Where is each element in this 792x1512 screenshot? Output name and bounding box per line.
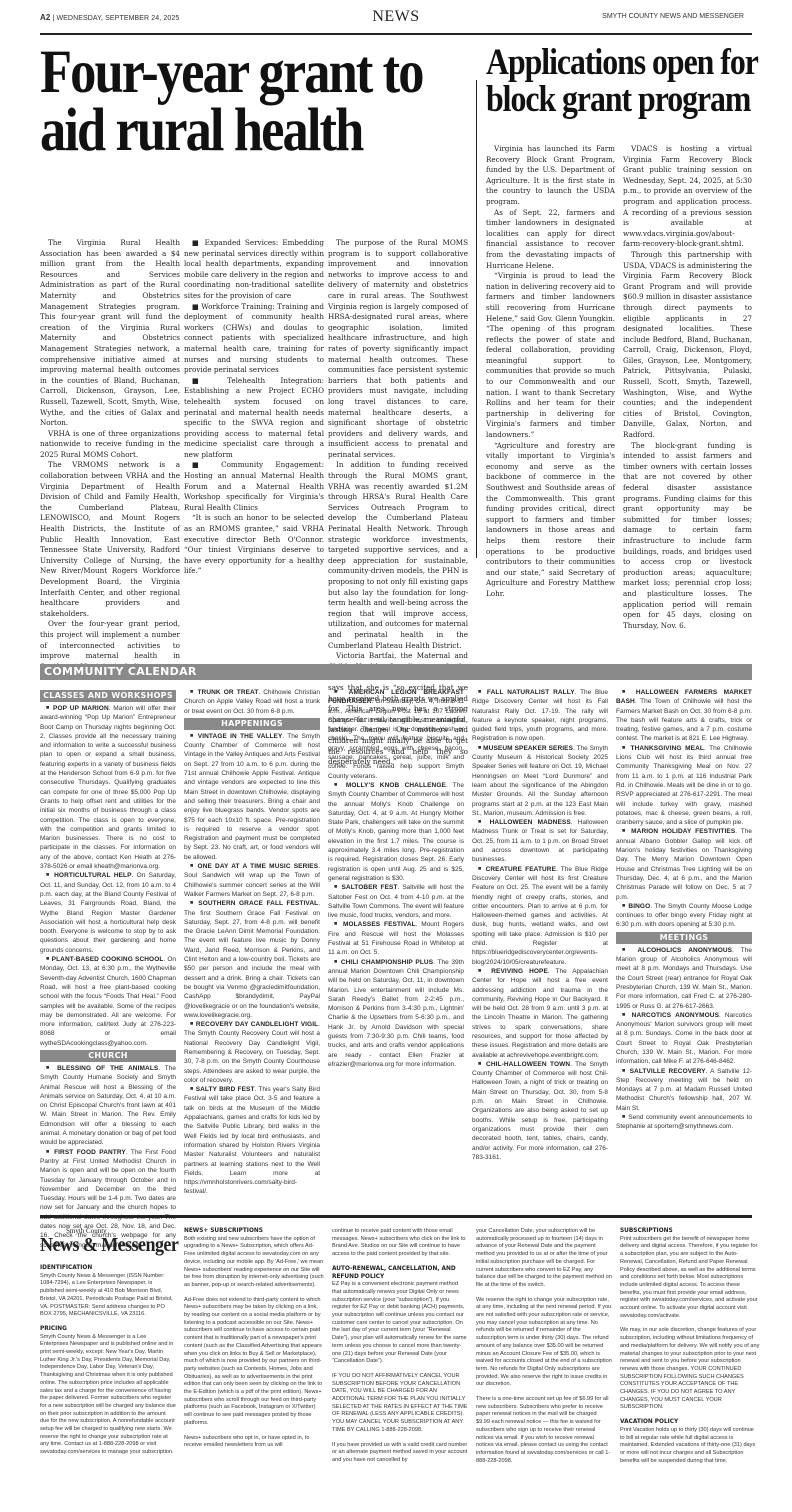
bullet-icon: ■: [622, 1012, 628, 1018]
footer-column-3: continue to receive paid content with th…: [332, 1228, 468, 1472]
paragraph: Through this partnership with USDA, VDAC…: [623, 250, 752, 441]
calendar-item: ■ THANKSGIVING MEAL. The Chilhowie Lions…: [616, 744, 752, 828]
bullet-icon: ■: [334, 782, 341, 788]
news-plus-text: Ad-Free does not extend to third-party c…: [184, 1297, 324, 1428]
paragraph: The purpose of the Rural MOMS program is…: [328, 238, 468, 460]
identification-title: IDENTIFICATION: [40, 1265, 176, 1273]
bullet-paragraph: ■ Expanded Services: Embedding new perin…: [184, 238, 324, 302]
bullet-icon: ■: [622, 903, 626, 909]
bullet-icon: ■: [46, 1065, 52, 1071]
bullet-paragraph: ■ Workforce Training: Training and deplo…: [184, 302, 324, 376]
subscriptions-title: SUBSCRIPTIONS: [620, 1228, 760, 1236]
auto-renewal-continued: your Cancellation Date, your subscriptio…: [476, 1228, 612, 1290]
story-body-block-grant: Virginia has launched its Farm Recovery …: [486, 144, 752, 631]
bullet-icon: ■: [190, 689, 194, 695]
calendar-item: ■ SALTVILLE RECOVERY. A Saltville 12-Ste…: [616, 1067, 752, 1113]
headline-rural-health: Four-year grant to aid rural health: [40, 44, 470, 160]
story-rural-health: Four-year grant to aid rural health The …: [40, 38, 468, 160]
calendar-submission-note: ■ Send community event announcements to …: [616, 1113, 752, 1132]
calendar-item: ■ ONE DAY AT A TIME MUSIC SERIES. Soul S…: [184, 862, 320, 899]
subscriptions-text: We may, in our sole discretion, change f…: [620, 1327, 760, 1412]
setup-fee-text: There is a one-time account set up fee o…: [476, 1396, 612, 1465]
bullet-icon: ■: [478, 819, 485, 825]
calendar-column-1: CLASSES AND WORKSHOPS ■ POP UP MARION. M…: [40, 688, 176, 1250]
story-block-grant: Applications open for block grant progra…: [486, 40, 752, 118]
footer-column-2: NEWS+ SUBSCRIPTIONS Both existing and ne…: [184, 1228, 324, 1472]
calendar-column-5: ■ HALLOWEEN FARMERS MARKET BASH. The Tow…: [616, 688, 752, 1250]
bullet-icon: ■: [622, 1068, 627, 1074]
bullet-icon: ■: [190, 900, 195, 906]
calendar-item: ■ SOUTHERN GRACE FALL FESTIVAL. The firs…: [184, 899, 320, 1020]
calendar-item: ■ MARION HOLIDAY FESTIVITIES. The annual…: [616, 827, 752, 901]
calendar-item: ■ CREATURE FEATURE. The Blue Ridge Disco…: [472, 865, 608, 967]
calendar-item: ■ ALCOHOLICS ANONYMOUS. The Marion group…: [616, 946, 752, 1011]
paragraph: The Virginia Rural Health Association ha…: [40, 238, 180, 429]
auto-renewal-text: If you have provided us with a valid cre…: [332, 1442, 468, 1465]
footer-column-4: your Cancellation Date, your subscriptio…: [476, 1228, 612, 1472]
calendar-item: ■ MOLASSES FESTIVAL. Mount Rogers Fire a…: [328, 920, 464, 957]
bullet-icon: ■: [622, 689, 630, 695]
bullet-icon: ■: [622, 828, 627, 834]
paragraph: “It is such an honor to be selected as a…: [184, 513, 324, 577]
headline-block-grant: Applications open for block grant progra…: [486, 44, 761, 118]
calendar-item: ■ REVIVING HOPE. The Appalachian Center …: [472, 967, 608, 1060]
header-rule: [40, 33, 752, 35]
calendar-item: ■ SALTY BIRD FEST. This year's Salty Bir…: [184, 1085, 320, 1197]
bullet-icon: ■: [190, 1086, 194, 1092]
newspaper-logo: Smyth County News & Messenger: [40, 1228, 176, 1255]
calendar-column-4: ■ FALL NATURALIST RALLY. The Blue Ridge …: [472, 688, 608, 1250]
footer-column-5: SUBSCRIPTIONS Print subscribers get the …: [620, 1228, 760, 1472]
calendar-column-3: ■ AMERICAN LEGION BREAKFAST FUNDRAISER. …: [328, 688, 464, 1250]
masthead-info: Smyth County News & Messenger IDENTIFICA…: [40, 1228, 752, 1472]
bullet-icon: ■: [478, 745, 481, 751]
calendar-item: ■ TRUNK OR TREAT. Chilhowie Christian Ch…: [184, 688, 320, 716]
pricing-title: PRICING: [40, 1326, 176, 1334]
pricing-text: Smyth County News & Messenger is a Lee E…: [40, 1334, 176, 1457]
calendar-item: ■ BLESSING OF THE ANIMALS. The Smyth Cou…: [40, 1064, 176, 1148]
footer-column-1: Smyth County News & Messenger IDENTIFICA…: [40, 1228, 176, 1472]
paragraph: “Agriculture and forestry are vitally im…: [486, 441, 615, 600]
story-column-1: Virginia has launched its Farm Recovery …: [486, 144, 615, 631]
bullet-icon: ■: [334, 689, 342, 695]
news-plus-continued: continue to receive paid content with th…: [332, 1228, 468, 1259]
story-divider: [476, 80, 477, 558]
news-plus-text: Both existing and new subscribers have t…: [184, 1236, 324, 1290]
calendar-item: ■ HORTICULTURAL HELP. On Saturday, Oct. …: [40, 871, 176, 955]
calendar-item: ■ HALLOWEEN FARMERS MARKET BASH. The Tow…: [616, 688, 752, 744]
paragraph: “Virginia is proud to lead the nation in…: [486, 271, 615, 441]
calendar-item: ■ AMERICAN LEGION BREAKFAST FUNDRAISER. …: [328, 688, 464, 781]
bullet-icon: ■: [190, 733, 195, 739]
calendar-item: ■ POP UP MARION. Marion will offer their…: [40, 704, 176, 871]
bullet-icon: ■: [622, 947, 630, 953]
section-header-happenings: HAPPENINGS: [184, 718, 320, 730]
calendar-item: ■ FALL NATURALIST RALLY. The Blue Ridge …: [472, 688, 608, 744]
bullet-icon: ■: [46, 705, 50, 711]
calendar-item: ■ SALTOBER FEST. Saltville will host the…: [328, 883, 464, 920]
footer-rule: [40, 1215, 752, 1218]
vacation-policy-title: VACATION POLICY: [620, 1419, 760, 1427]
community-calendar-title: COMMUNITY CALENDAR: [44, 664, 197, 680]
calendar-item: ■ RECOVERY DAY CANDLELIGHT VIGIL. The Sm…: [184, 1020, 320, 1085]
bullet-icon: ■: [478, 689, 483, 695]
news-plus-title: NEWS+ SUBSCRIPTIONS: [184, 1228, 324, 1236]
bullet-paragraph: ■ Community Engagement: Hosting an annua…: [184, 460, 324, 513]
auto-renewal-notice: IF YOU DO NOT AFFIRMATIVELY CANCEL YOUR …: [332, 1373, 468, 1435]
community-calendar-body: CLASSES AND WORKSHOPS ■ POP UP MARION. M…: [40, 688, 752, 1250]
bullet-icon: ■: [478, 1061, 483, 1067]
calendar-item: ■ VINTAGE IN THE VALLEY. The Smyth Count…: [184, 732, 320, 862]
bullet-paragraph: ■ Telehealth Integration: Establishing a…: [184, 376, 324, 461]
bullet-icon: ■: [190, 1021, 194, 1027]
bullet-icon: ■: [334, 884, 339, 890]
paragraph: The VRMOMS network is a collaboration be…: [40, 460, 180, 619]
bullet-icon: ■: [622, 1114, 626, 1120]
logo-title: News & Messenger: [40, 1235, 162, 1255]
calendar-column-2: ■ TRUNK OR TREAT. Chilhowie Christian Ch…: [184, 688, 320, 1250]
publication-name: SMYTH COUNTY NEWS AND MESSENGER: [602, 13, 744, 20]
calendar-item: ■ HALLOWEEN MADNESS. Halloween Madness T…: [472, 818, 608, 864]
bullet-icon: ■: [334, 959, 338, 965]
calendar-item: ■ MUSEUM SPEAKER SERIES. The Smyth Count…: [472, 744, 608, 818]
paragraph: In addition to funding received through …: [328, 460, 468, 651]
calendar-item: ■ BINGO. The Smyth County Moose Lodge co…: [616, 902, 752, 930]
paragraph: VRHA is one of three organizations natio…: [40, 429, 180, 461]
identification-text: Smyth County News & Messenger (ISSN Numb…: [40, 1273, 176, 1319]
bullet-icon: ■: [46, 956, 50, 962]
section-header-meetings: MEETINGS: [616, 932, 752, 944]
bullet-icon: ■: [478, 866, 483, 872]
bullet-icon: ■: [190, 863, 195, 869]
paragraph: Virginia has launched its Farm Recovery …: [486, 144, 615, 208]
calendar-item: ■ CHIL-HALLOWEEN TOWN. The Smyth County …: [472, 1060, 608, 1162]
news-plus-text: News+ subscribers who opt in, or have op…: [184, 1435, 324, 1450]
calendar-item: ■ CHILI CHAMPIONSHIP PLUS. The 39th annu…: [328, 958, 464, 1070]
subscriptions-text: Print subscribers get the benefit of new…: [620, 1236, 760, 1321]
calendar-item: ■ NARCOTICS ANONYMOUS. Narcotics Anonymo…: [616, 1011, 752, 1067]
auto-renewal-title: AUTO-RENEWAL, CANCELLATION, AND REFUND P…: [332, 1266, 468, 1281]
section-header-church: CHURCH: [40, 1050, 176, 1062]
paragraph: VDACS is hosting a virtual Virginia Farm…: [623, 144, 752, 250]
section-header-classes: CLASSES AND WORKSHOPS: [40, 690, 176, 702]
calendar-item: ■ MOLLY'S KNOB CHALLENGE. The Smyth Coun…: [328, 781, 464, 883]
rate-change-text: We reserve the right to change your subs…: [476, 1297, 612, 1389]
bullet-icon: ■: [46, 872, 51, 878]
bullet-icon: ■: [478, 968, 485, 974]
paragraph: The block-grant funding is intended to a…: [623, 441, 752, 632]
bullet-icon: ■: [46, 1149, 51, 1155]
page-header: A2 | WEDNESDAY, SEPTEMBER 24, 2025 NEWS …: [0, 0, 792, 30]
vacation-policy-text: Print Vacation holds up to thirty (30) d…: [620, 1427, 760, 1466]
paragraph: As of Sept. 22, farmers and timber lando…: [486, 208, 615, 272]
bullet-icon: ■: [334, 921, 339, 927]
story-column-2: VDACS is hosting a virtual Virginia Farm…: [623, 144, 752, 631]
bullet-icon: ■: [622, 745, 627, 751]
auto-renewal-text: EZ Pay is a convenient electronic paymen…: [332, 1281, 468, 1366]
calendar-item: ■ PLANT-BASED COOKING SCHOOL. On Monday,…: [40, 955, 176, 1048]
